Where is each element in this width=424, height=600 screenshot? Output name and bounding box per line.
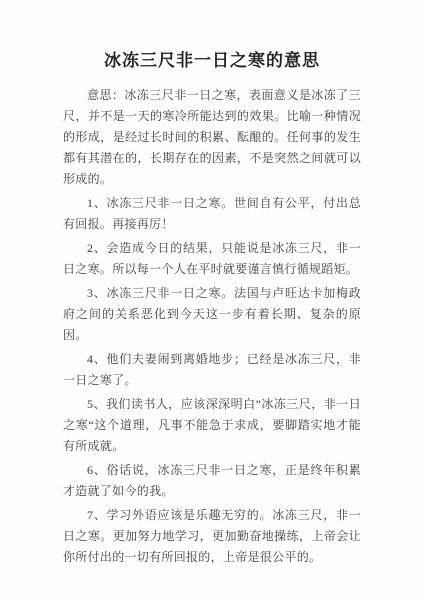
- example-sentence-2: 2、会造成今日的结果，只能说是冰冻三尺，非一日之寒。所以每一个人在平时就要谨言慎…: [63, 238, 361, 280]
- intro-paragraph: 意思：冰冻三尺非一日之寒，表面意义是冰冻了三尺，并不是一天的寒冷所能达到的效果。…: [63, 85, 361, 190]
- document-body: 意思：冰冻三尺非一日之寒，表面意义是冰冻了三尺，并不是一天的寒冷所能达到的效果。…: [63, 85, 361, 568]
- example-sentence-6: 6、俗话说，冰冻三尺非一日之寒，正是终年积累才造就了如今的我。: [63, 460, 361, 502]
- example-sentence-4: 4、他们夫妻闹到离婚地步；已经是冰冻三尺，非一日之寒了。: [63, 349, 361, 391]
- example-sentence-7: 7、学习外语应该是乐趣无穷的。冰冻三尺，非一日之寒。更加努力地学习，更加勤奋地操…: [63, 505, 361, 568]
- document-page: 冰冻三尺非一日之寒的意思 意思：冰冻三尺非一日之寒，表面意义是冰冻了三尺，并不是…: [0, 0, 424, 600]
- example-sentence-5: 5、我们读书人，应该深深明白”冰冻三尺，非一日之寒“这个道理，凡事不能急于求成，…: [63, 394, 361, 457]
- example-sentence-3: 3、冰冻三尺非一日之寒。法国与卢旺达卡加梅政府之间的关系恶化到今天这一步有着长期…: [63, 283, 361, 346]
- page-title: 冰冻三尺非一日之寒的意思: [0, 0, 424, 73]
- example-sentence-1: 1、冰冻三尺非一日之寒。世间自有公平，付出总有回报。再接再厉！: [63, 193, 361, 235]
